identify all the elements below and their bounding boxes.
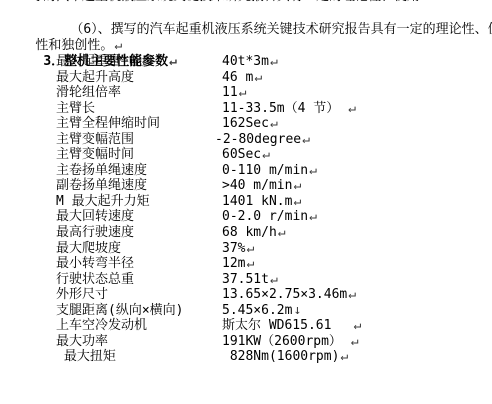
param-row: 最大爬坡度37%↵	[0, 241, 361, 257]
param-row: 主卷扬单绳速度0-110 m/min↵	[0, 163, 361, 179]
param-label: 最高行驶速度	[56, 225, 222, 241]
param-label: 滑轮组倍率	[56, 85, 222, 101]
pilcrow-mark-icon: ↵	[261, 147, 270, 162]
param-row: 主臂变幅时间60Sec↵	[0, 147, 361, 163]
param-label: 行驶状态总重	[56, 272, 222, 288]
param-row: 主臂长11-33.5m（4 节） ↵	[0, 101, 361, 117]
param-row: 最大起重量*幅度40t*3m↵	[0, 54, 361, 70]
pilcrow-mark-icon: ↵	[308, 209, 317, 224]
pilcrow-mark-icon: ↵	[301, 132, 310, 147]
pilcrow-mark-icon: ↵	[331, 318, 361, 333]
param-value: 5.45×6.2m	[222, 303, 292, 318]
param-value: 1401 kN.m	[222, 194, 292, 209]
param-value: 37%	[222, 241, 245, 256]
param-value: 12m	[222, 256, 245, 271]
param-label: 最大爬坡度	[56, 241, 222, 257]
param-label: 主臂变幅时间	[56, 147, 222, 163]
param-value: 37.51t	[222, 272, 269, 287]
param-row: 行驶状态总重37.51t↵	[0, 272, 361, 288]
param-row: 副卷扬单绳速度>40 m/min↵	[0, 178, 361, 194]
document-page[interactable]: 写的汽车起重机液压系统关键技术研究报告具有一定的理论性、使用 （6）、撰写的汽车…	[0, 0, 492, 404]
param-label: 主臂长	[56, 101, 222, 117]
pilcrow-mark-icon: ↵	[339, 349, 348, 364]
param-row: 最大起升高度46 m↵	[0, 70, 361, 86]
param-label: 最大起升高度	[56, 70, 222, 86]
param-row: M 最大起升力矩1401 kN.m↵	[0, 194, 361, 210]
param-value: 68 km/h	[222, 225, 277, 240]
param-label: 上车空冷发动机	[56, 318, 222, 334]
param-row: 外形尺寸13.65×2.75×3.46m↵	[0, 287, 361, 303]
pilcrow-mark-icon: ↵	[245, 241, 254, 256]
param-value: 11	[222, 85, 238, 100]
param-row: 上车空冷发动机斯太尔 WD615.61↵	[0, 318, 361, 334]
param-value: 191KW（2600rpm）	[222, 334, 350, 349]
param-label: 支腿距离(纵向×横向)	[56, 303, 222, 319]
param-value: 0-2.0 r/min	[222, 209, 308, 224]
pilcrow-mark-icon: ↵	[347, 101, 356, 116]
param-label: M 最大起升力矩	[56, 194, 222, 210]
pilcrow-mark-icon: ↵	[253, 70, 262, 85]
param-value: >40 m/min	[222, 178, 292, 193]
param-row: 最高行驶速度68 km/h↵	[0, 225, 361, 241]
param-label: 最大起重量*幅度	[56, 54, 222, 70]
param-value: 0-110 m/min	[222, 163, 308, 178]
param-label: 最大功率	[56, 334, 222, 350]
param-value: 斯太尔 WD615.61	[222, 318, 331, 333]
param-value: 46 m	[222, 70, 253, 85]
line-break-mark-icon: ↓	[292, 303, 301, 318]
param-value: -2-80degree	[215, 132, 301, 147]
param-row: 支腿距离(纵向×横向)5.45×6.2m↓	[0, 303, 361, 319]
param-row: 主臂全程伸缩时间162Sec↵	[0, 116, 361, 132]
param-label: 副卷扬单绳速度	[56, 178, 222, 194]
clipped-text-line: 写的汽车起重机液压系统关键技术研究报告具有一定的理论性、使用	[30, 0, 420, 3]
param-row: 主臂变幅范围-2-80degree↵	[0, 132, 361, 148]
param-value: 162Sec	[222, 116, 269, 131]
pilcrow-mark-icon: ↵	[269, 116, 278, 131]
pilcrow-mark-icon: ↵	[308, 163, 317, 178]
param-value: 828Nm(1600rpm)	[222, 349, 339, 364]
pilcrow-mark-icon: ↵	[292, 194, 301, 209]
param-value: 13.65×2.75×3.46m	[222, 287, 347, 302]
param-label: 主卷扬单绳速度	[56, 163, 222, 179]
pilcrow-mark-icon: ↵	[347, 287, 356, 302]
param-value: 11-33.5m（4 节）	[222, 101, 347, 116]
param-value: 40t*3m	[222, 54, 269, 69]
parameter-list: 最大起重量*幅度40t*3m↵最大起升高度46 m↵滑轮组倍率11↵主臂长11-…	[0, 54, 361, 365]
param-value: 60Sec	[222, 147, 261, 162]
pilcrow-mark-icon: ↵	[269, 54, 278, 69]
pilcrow-mark-icon: ↵	[245, 256, 254, 271]
pilcrow-mark-icon: ↵	[292, 178, 301, 193]
intro-paragraph-line-1-text: （6）、撰写的汽车起重机液压系统关键技术研究报告具有一定的理论性、使用	[70, 22, 492, 37]
pilcrow-mark-icon: ↵	[277, 225, 286, 240]
param-label: 最小转弯半径	[56, 256, 222, 272]
param-row: 最大扭矩 828Nm(1600rpm)↵	[0, 349, 361, 365]
param-label: 主臂全程伸缩时间	[56, 116, 222, 132]
pilcrow-mark-icon: ↵	[269, 272, 278, 287]
pilcrow-mark-icon: ↵	[238, 85, 247, 100]
param-row: 最小转弯半径12m↵	[0, 256, 361, 272]
param-label: 外形尺寸	[56, 287, 222, 303]
pilcrow-mark-icon: ↵	[350, 334, 359, 349]
param-row: 最大回转速度0-2.0 r/min↵	[0, 209, 361, 225]
param-label: 最大回转速度	[56, 209, 222, 225]
param-label: 最大扭矩	[56, 349, 222, 365]
param-row: 滑轮组倍率11↵	[0, 85, 361, 101]
param-label: 主臂变幅范围	[56, 132, 222, 148]
param-row: 最大功率191KW（2600rpm） ↵	[0, 334, 361, 350]
